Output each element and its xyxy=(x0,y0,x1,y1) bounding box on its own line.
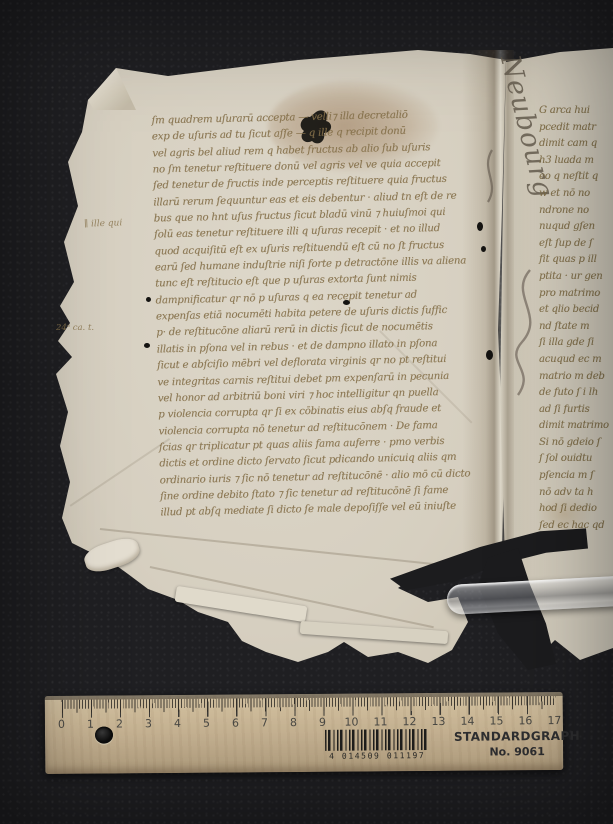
manuscript-line-fragment: de futo ſ i lh xyxy=(539,385,613,402)
ruler-cm-label: 17 xyxy=(540,714,569,727)
manuscript-line-fragment: ſi illa gde ſi xyxy=(539,335,613,352)
worm-hole xyxy=(146,297,151,302)
manuscript-line-fragment: pſencia m ſ xyxy=(539,468,613,485)
ruler-cm-label: 10 xyxy=(337,716,366,729)
manuscript-line-fragment: eo q neſtit q xyxy=(539,169,613,186)
ruler-cm-label: 5 xyxy=(192,717,221,730)
ruler-cm-label: 15 xyxy=(482,714,511,727)
ruler-numbers: 01234567891011121314151617 xyxy=(47,714,571,731)
margin-note: 24ᵃ ca. t. xyxy=(56,323,94,333)
manuscript-line-fragment: ſ ſol ouidtu xyxy=(539,451,613,468)
manuscript-photograph: ſm quadrem uſurarū accepta — velli⁊ illa… xyxy=(0,0,613,824)
ruler-cm-label: 7 xyxy=(250,716,279,729)
barcode-bars xyxy=(325,729,429,751)
manuscript-line-fragment: nuqud gſen xyxy=(539,219,613,236)
manuscript-line-fragment: h3 luada m xyxy=(539,153,613,170)
ruler-cm-label: 3 xyxy=(134,717,163,730)
worm-hole xyxy=(144,343,150,348)
manuscript-line-fragment: G arca hui xyxy=(539,103,613,120)
manuscript-line-fragment: nd ſtate m xyxy=(539,319,613,336)
ruler-brand-name: STANDARDGRAPH xyxy=(441,729,593,744)
manuscript-line-fragment: nō adv ta h xyxy=(539,485,613,502)
manuscript-line-fragment: dimit cam q xyxy=(539,136,613,153)
manuscript-line-fragment: et qlio becid xyxy=(539,302,613,319)
ruler-cm-label: 14 xyxy=(453,715,482,728)
ruler-cm-label: 13 xyxy=(424,715,453,728)
ruler-cm-label: 4 xyxy=(163,717,192,730)
ruler-model-number: No. 9061 xyxy=(441,745,593,759)
manuscript-line-fragment: eſt ſup de ſ xyxy=(539,236,613,253)
manuscript-line-fragment: matrio m deb xyxy=(539,369,613,386)
manuscript-line-fragment: dimit matrimo xyxy=(539,418,613,435)
manuscript-line-fragment: hod ſi dedio xyxy=(539,501,613,518)
manuscript-line-fragment: Si nō gdeio ſ xyxy=(539,435,613,452)
margin-note: ∥ ille qui xyxy=(84,218,123,229)
ruler-cm-label: 12 xyxy=(395,715,424,728)
manuscript-line-fragment: ptita · ur gen xyxy=(539,269,613,286)
ruler-cm-label: 0 xyxy=(47,718,76,731)
ruler-cm-label: 9 xyxy=(308,716,337,729)
manuscript-line-fragment: fit quas p ill xyxy=(539,252,613,269)
main-text-block: ſm quadrem uſurarū accepta — velli⁊ illa… xyxy=(151,107,464,528)
manuscript-line-fragment: ndrone no xyxy=(539,203,613,220)
facing-text-block: G arca huipcedit matrdimit cam qh3 luada… xyxy=(539,103,613,539)
manuscript-line-fragment: pcedit matr xyxy=(539,120,613,137)
ruler-hanging-hole xyxy=(95,727,113,744)
scale-ruler: 01234567891011121314151617 4 014509 0111… xyxy=(45,692,564,774)
ruler-barcode: 4 014509 011197 xyxy=(321,729,433,761)
ruler-cm-label: 16 xyxy=(511,714,540,727)
manuscript-line-fragment: ad ſi furtis xyxy=(539,402,613,419)
manuscript-line-fragment: pro matrimo xyxy=(539,286,613,303)
ruler-cm-label: 8 xyxy=(279,716,308,729)
barcode-digits: 4 014509 011197 xyxy=(321,751,433,761)
ruler-cm-label: 11 xyxy=(366,715,395,728)
manuscript-line-fragment: acuqud ec m xyxy=(539,352,613,369)
ruler-brand-block: STANDARDGRAPH No. 9061 xyxy=(441,729,593,759)
ruler-cm-label: 6 xyxy=(221,716,250,729)
manuscript-line-fragment: w et nō no xyxy=(539,186,613,203)
